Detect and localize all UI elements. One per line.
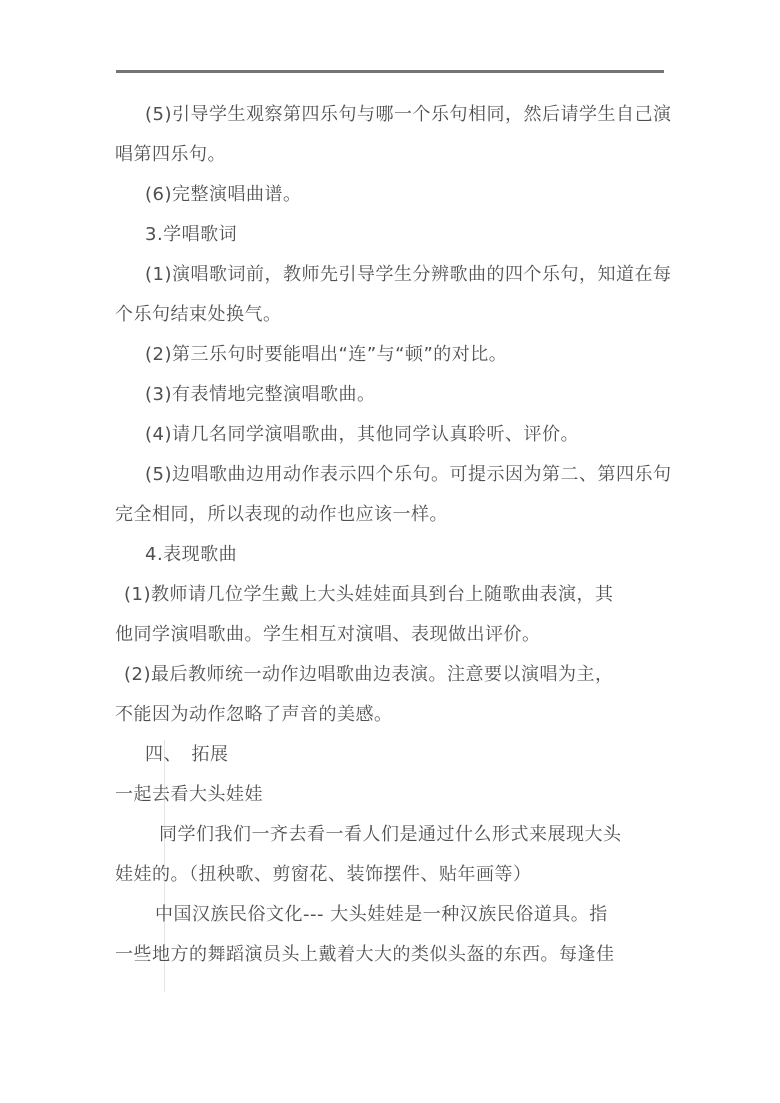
- paragraph-step-2-6: (6)完整演唱曲谱。: [115, 175, 675, 215]
- paragraph-step-4-2: (2)最后教师统一动作边唱歌曲边表演。注意要以演唱为主， 不能因为动作忽略了声音…: [115, 655, 675, 735]
- activity-title: 一起去看大头娃娃: [115, 775, 675, 815]
- horizontal-rule: [116, 70, 664, 73]
- paragraph-step-4-1: (1)教师请几位学生戴上大头娃娃面具到台上随歌曲表演，其 他同学演唱歌曲。学生相…: [115, 575, 675, 655]
- paragraph-step-3-1: (1)演唱歌词前，教师先引导学生分辨歌曲的四个乐句，知道在每 个乐句结束处换气。: [115, 255, 675, 335]
- paragraph-step-3-5: (5)边唱歌曲边用动作表示四个乐句。可提示因为第二、第四乐句 完全相同，所以表现…: [115, 455, 675, 535]
- document-body: (5)引导学生观察第四乐句与哪一个乐句相同，然后请学生自己演 唱第四乐句。 (6…: [115, 95, 675, 975]
- section-4-heading: 4.表现歌曲: [115, 535, 675, 575]
- document-page: (5)引导学生观察第四乐句与哪一个乐句相同，然后请学生自己演 唱第四乐句。 (6…: [0, 0, 780, 1103]
- paragraph-activity-intro: 同学们我们一齐去看一看人们是通过什么形式来展现大头 娃娃的。（扭秧歌、剪窗花、装…: [115, 815, 675, 895]
- paragraph-step-3-2: (2)第三乐句时要能唱出“连”与“顿”的对比。: [115, 335, 675, 375]
- section-si-heading: 四、 拓展: [115, 735, 675, 775]
- paragraph-step-2-5: (5)引导学生观察第四乐句与哪一个乐句相同，然后请学生自己演 唱第四乐句。: [115, 95, 675, 175]
- paragraph-step-3-3: (3)有表情地完整演唱歌曲。: [115, 375, 675, 415]
- paragraph-step-3-4: (4)请几名同学演唱歌曲，其他同学认真聆听、评价。: [115, 415, 675, 455]
- paragraph-culture-note: 中国汉族民俗文化--- 大头娃娃是一种汉族民俗道具。指 一些地方的舞蹈演员头上戴…: [115, 895, 675, 975]
- section-3-heading: 3.学唱歌词: [115, 215, 675, 255]
